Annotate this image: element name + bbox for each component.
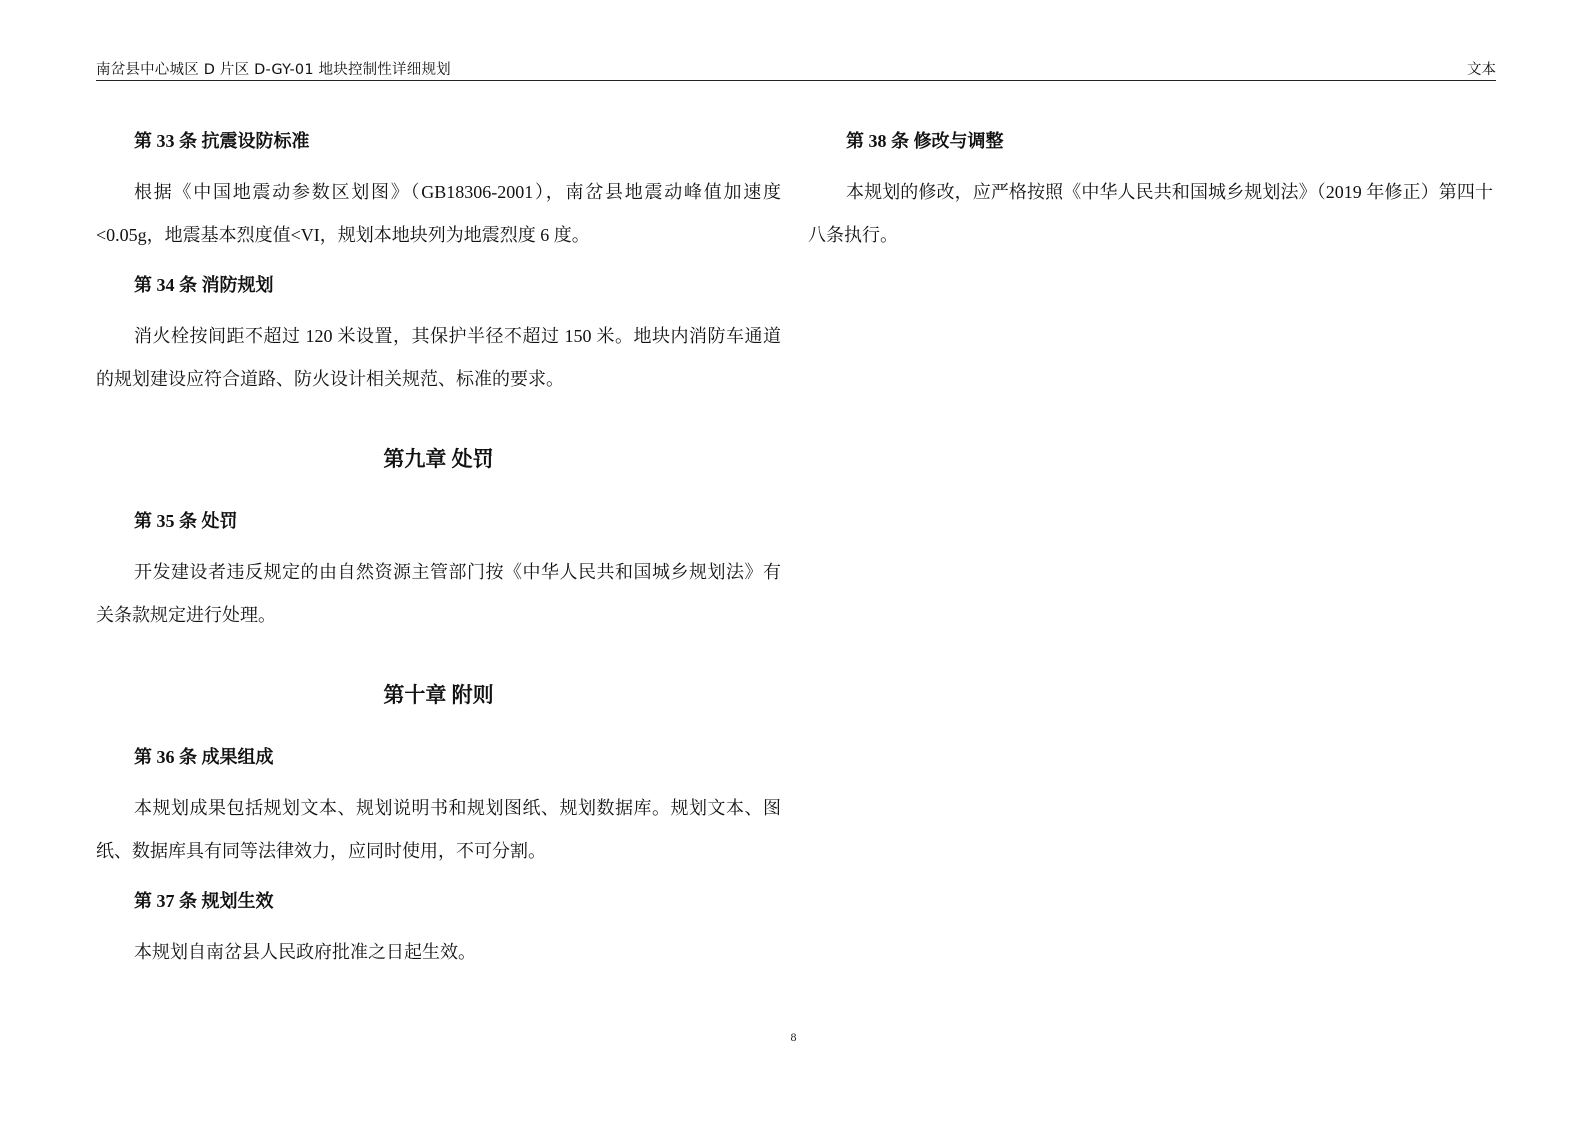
chapter-heading: 第九章 处罚: [96, 444, 781, 474]
article-37: 第 37 条 规划生效 本规划自南岔县人民政府批准之日起生效。: [96, 888, 781, 974]
article-34: 第 34 条 消防规划 消火栓按间距不超过 120 米设置，其保护半径不超过 1…: [96, 272, 781, 401]
chapter-heading: 第十章 附则: [96, 680, 781, 710]
article-text: 本规划自南岔县人民政府批准之日起生效。: [96, 931, 781, 974]
article-text: 本规划成果包括规划文本、规划说明书和规划图纸、规划数据库。规划文本、图纸、数据库…: [96, 787, 781, 873]
article-35: 第 35 条 处罚 开发建设者违反规定的由自然资源主管部门按《中华人民共和国城乡…: [96, 508, 781, 637]
article-heading: 第 36 条 成果组成: [96, 744, 781, 770]
article-heading: 第 37 条 规划生效: [96, 888, 781, 914]
chapter-9: 第九章 处罚: [96, 444, 781, 474]
article-heading: 第 35 条 处罚: [96, 508, 781, 534]
article-text: 根据《中国地震动参数区划图》（GB18306-2001），南岔县地震动峰值加速度…: [96, 171, 781, 257]
chapter-10: 第十章 附则: [96, 680, 781, 710]
article-38: 第 38 条 修改与调整 本规划的修改，应严格按照《中华人民共和国城乡规划法》（…: [808, 128, 1493, 257]
article-text: 消火栓按间距不超过 120 米设置，其保护半径不超过 150 米。地块内消防车通…: [96, 315, 781, 401]
article-text: 本规划的修改，应严格按照《中华人民共和国城乡规划法》（2019 年修正）第四十八…: [808, 171, 1493, 257]
article-heading: 第 33 条 抗震设防标准: [96, 128, 781, 154]
article-text: 开发建设者违反规定的由自然资源主管部门按《中华人民共和国城乡规划法》有关条款规定…: [96, 551, 781, 637]
article-heading: 第 34 条 消防规划: [96, 272, 781, 298]
article-36: 第 36 条 成果组成 本规划成果包括规划文本、规划说明书和规划图纸、规划数据库…: [96, 744, 781, 873]
page-header: 南岔县中心城区 D 片区 D-GY-01 地块控制性详细规划 文本: [96, 56, 1496, 81]
article-heading: 第 38 条 修改与调整: [808, 128, 1493, 154]
section-label: 文本: [1467, 58, 1496, 79]
page-number: 8: [0, 1030, 1587, 1045]
article-33: 第 33 条 抗震设防标准 根据《中国地震动参数区划图》（GB18306-200…: [96, 128, 781, 257]
document-title: 南岔县中心城区 D 片区 D-GY-01 地块控制性详细规划: [96, 58, 451, 79]
